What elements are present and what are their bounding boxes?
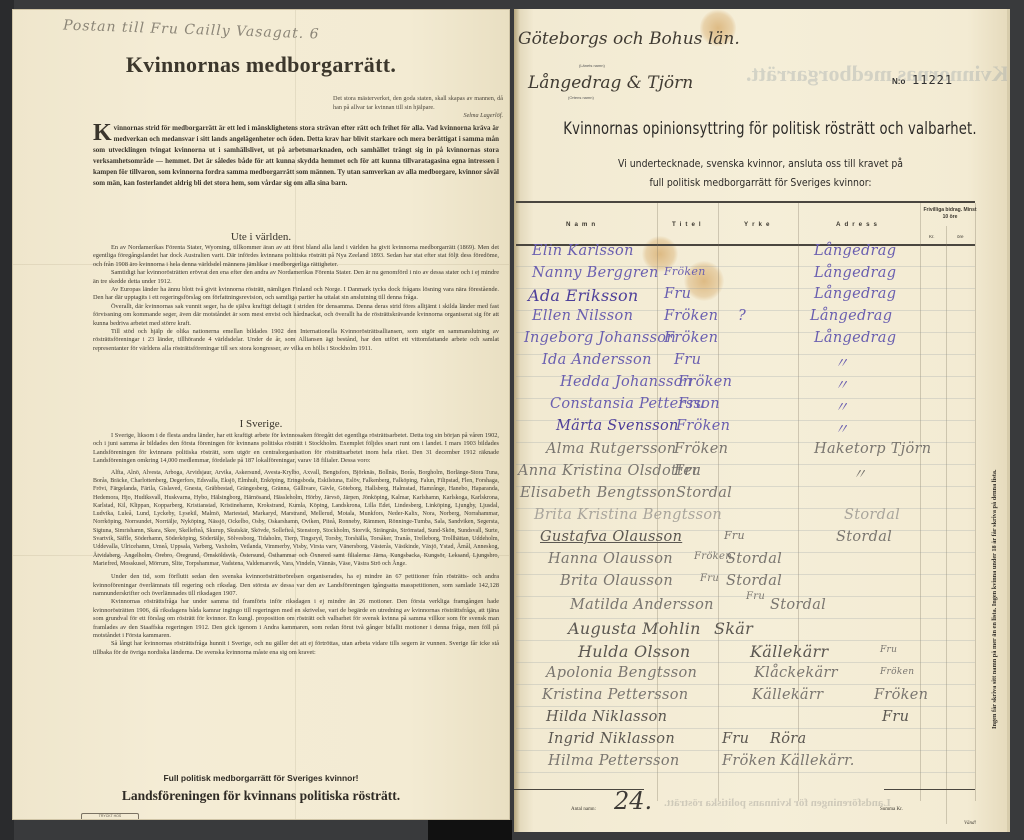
signature-name: Ingeborg Johansson [524, 330, 676, 346]
paragraph: En av Nordamerikas Förenta Stater, Wyomi… [93, 244, 499, 269]
sum-rule [884, 789, 975, 790]
signature-title: Fru [678, 396, 705, 412]
slogan: Full politisk medborgarrätt för Sveriges… [13, 773, 509, 783]
signature-address: 〃 [834, 396, 849, 417]
signature-title: Fröken [664, 308, 718, 324]
drop-cap: K [93, 123, 112, 143]
intro-paragraph: Kvinnornas strid för medborgarrätt är et… [93, 123, 499, 189]
column-header-ore: öre [957, 234, 964, 239]
locality-handwritten: Långedrag & Tjörn [528, 73, 693, 93]
paragraph: Av Europas länder ha ännu blott två givi… [93, 286, 499, 303]
column-divider [718, 203, 719, 801]
signature-name: Ada Eriksson [528, 286, 639, 305]
column-header-name: Namn [566, 221, 599, 228]
signature-name: Hulda Olsson [578, 642, 690, 661]
row-rule [516, 684, 975, 685]
locality-caption: (Ortens namn) [568, 95, 594, 100]
town-list: Alfta, Alnö, Alvesta, Arboga, Arvidsjaur… [93, 469, 499, 569]
intro-text: vinnornas strid för medborgarrätt är ett… [93, 124, 499, 187]
signature-name: Ellen Nilsson [532, 308, 633, 324]
signature-name: Hilda Niklasson [546, 709, 667, 725]
paragraph: Under den tid, som förflutit sedan den s… [93, 573, 499, 598]
signature-name: Nanny Berggren [532, 265, 659, 281]
paragraph: Överallt, där kvinnornas sak vunnit sege… [93, 303, 499, 328]
pledge-line: Vi undertecknade, svenska kvinnor, anslu… [551, 157, 970, 170]
book-gutter-shadow [428, 820, 512, 840]
signature-occupation: ? [738, 308, 746, 324]
column-header-title: Titel [672, 221, 705, 228]
section-world-body: En av Nordamerikas Förenta Stater, Wyomi… [93, 244, 499, 353]
section-heading-world: Ute i världen. [13, 231, 509, 243]
signature-name: Apolonia Bengtsson [546, 665, 697, 681]
paragraph: I Sverige, liksom i de flesta andra länd… [93, 432, 499, 466]
signature-title: Fru [724, 529, 745, 542]
signature-occupation: Stordal [726, 573, 782, 589]
signature-name-faded: Brita Kristina Bengtsson [534, 507, 722, 523]
signature-name: Kristina Pettersson [542, 687, 688, 703]
signature-name: Brita Olausson [560, 573, 673, 589]
signature-title: Fröken [664, 265, 706, 278]
signature-title: Källekärr [750, 642, 828, 661]
signature-title: Fröken [678, 374, 732, 390]
row-rule [516, 728, 975, 729]
county-caption: (Länets namn) [579, 63, 605, 68]
row-rule [516, 750, 975, 751]
signature-title: Fru [674, 352, 701, 368]
signature-address: Långedrag [814, 243, 896, 259]
signature-occupation: Källekärr. [780, 753, 855, 769]
signature-title: Källekärr [752, 687, 823, 703]
signature-title: Fröken [722, 753, 776, 769]
section-heading-sweden: I Sverige. [13, 418, 509, 430]
column-header-address: Adress [836, 221, 881, 228]
column-divider [975, 203, 976, 801]
signature-name: Gustafva Olausson [540, 529, 682, 545]
signature-name: Hedda Johansson [560, 374, 692, 390]
epigraph-author: Selma Lagerlöf. [333, 112, 503, 121]
signature-name: Elin Karlsson [532, 243, 634, 259]
signature-title: Fru [700, 573, 719, 584]
signature-address: Långedrag [814, 330, 896, 346]
signature-title: Fröken [664, 330, 718, 346]
signature-title: Fröken [674, 441, 728, 457]
printer-stamp: TRYCKT HOS CENTRALTRYCKERIET STOCKHOLM [81, 813, 139, 820]
signature-title: Fru [664, 286, 691, 302]
signature-address: 〃 [834, 418, 849, 439]
bleed-through-title: Kvinnornas medborgarrätt. [746, 61, 1009, 87]
signature-address: Fru [882, 709, 909, 725]
signature-name: Alma Rutgersson [546, 441, 676, 457]
row-rule [516, 706, 975, 707]
signature-address: Långedrag [814, 265, 896, 281]
signature-name: Anna Kristina Olsdotter [518, 463, 699, 479]
signature-occupation: Röra [770, 731, 806, 747]
section-sweden-body: I Sverige, liksom i de flesta andra länd… [93, 432, 499, 657]
signature-count-label: Antal namn: [571, 807, 596, 812]
signature-title: Fru [722, 731, 749, 747]
signature-name: Ingrid Niklasson [548, 731, 675, 747]
signature-name: Augusta Mohlin [568, 619, 701, 638]
signature-address: Stordal [836, 529, 892, 545]
column-header-contribution: Frivilliga bidrag. Minst 10 öre [922, 207, 978, 221]
column-divider [798, 203, 799, 801]
row-rule [516, 772, 975, 773]
signature-address: Haketorp Tjörn [814, 441, 931, 457]
column-header-occupation: Yrke [744, 221, 773, 228]
serial-label: N:o [892, 77, 905, 86]
signature-occupation: Stordal [726, 551, 782, 567]
signature-title: Fröken [676, 418, 730, 434]
left-page: Postan till Fru Cailly Vasagat. 6 Kvinno… [12, 9, 510, 820]
sum-label: Summa Kr. [880, 807, 903, 812]
paragraph: Så långt har kvinnornas rösträttsfråga h… [93, 640, 499, 657]
signature-count-value: 24. [614, 787, 652, 815]
signature-title: Skär [714, 619, 753, 638]
epigraph-text: Det stora mästerverket, den goda staten,… [333, 95, 503, 111]
organization-footer: Landsföreningen för kvinnans politiska r… [13, 788, 509, 804]
signature-address: Stordal [844, 507, 900, 523]
signature-occupation: Stordal [770, 597, 826, 613]
county-handwritten: Göteborgs och Bohus län. [518, 29, 740, 49]
signature-name: Ida Andersson [542, 352, 652, 368]
signature-address: 〃 [852, 463, 867, 484]
signature-title: Stordal [676, 485, 732, 501]
epigraph: Det stora mästerverket, den goda staten,… [333, 95, 503, 121]
pledge-line: full politisk medborgarrätt för Sveriges… [551, 176, 970, 189]
row-rule [516, 640, 975, 641]
signature-title: Fru [674, 463, 701, 479]
signature-name: Matilda Andersson [570, 597, 714, 613]
paragraph: Kvinnornas rösträttsfråga har under samm… [93, 598, 499, 640]
form-title: Kvinnornas opinionsyttring för politisk … [563, 119, 957, 138]
pencil-annotation: Postan till Fru Cailly Vasagat. 6 [63, 18, 320, 43]
signature-occupation: Fröken [874, 687, 928, 703]
signature-name: Hanna Olausson [548, 551, 673, 567]
signature-name: Elisabeth Bengtsson [520, 485, 676, 501]
signature-address: Långedrag [810, 308, 892, 324]
pamphlet-title: Kvinnornas medborgarrätt. [13, 52, 509, 78]
paragraph: Till stöd och hjälp de olika nationerna … [93, 328, 499, 353]
bleed-through-footer: Landsföreningen för kvinnans politiska r… [664, 797, 891, 809]
vertical-rules-note: Ingen får skriva sitt namn på mer än en … [991, 169, 998, 729]
signature-title: Fru [746, 591, 765, 602]
signature-occupation: Fröken [880, 667, 914, 677]
turn-page-label: Vänd! [964, 821, 976, 826]
serial-number: 11221 [912, 73, 953, 87]
column-divider [946, 226, 947, 824]
signature-address: 〃 [834, 352, 849, 373]
paragraph: Samtidigt har kvinnorösträtten erövrat d… [93, 269, 499, 286]
column-divider [920, 203, 921, 801]
row-rule [516, 662, 975, 663]
column-header-kr: Kr. [929, 234, 935, 239]
signature-address: Långedrag [814, 286, 896, 302]
signature-occupation: Fru [880, 645, 897, 655]
signature-name: Hilma Pettersson [548, 753, 680, 769]
signature-title: Klåckekärr [754, 665, 838, 681]
right-page: Kvinnornas medborgarrätt. Göteborgs och … [514, 9, 1010, 832]
signature-name: Märta Svensson [556, 418, 679, 434]
signature-address: 〃 [834, 374, 849, 395]
table-top-rule [516, 201, 975, 203]
